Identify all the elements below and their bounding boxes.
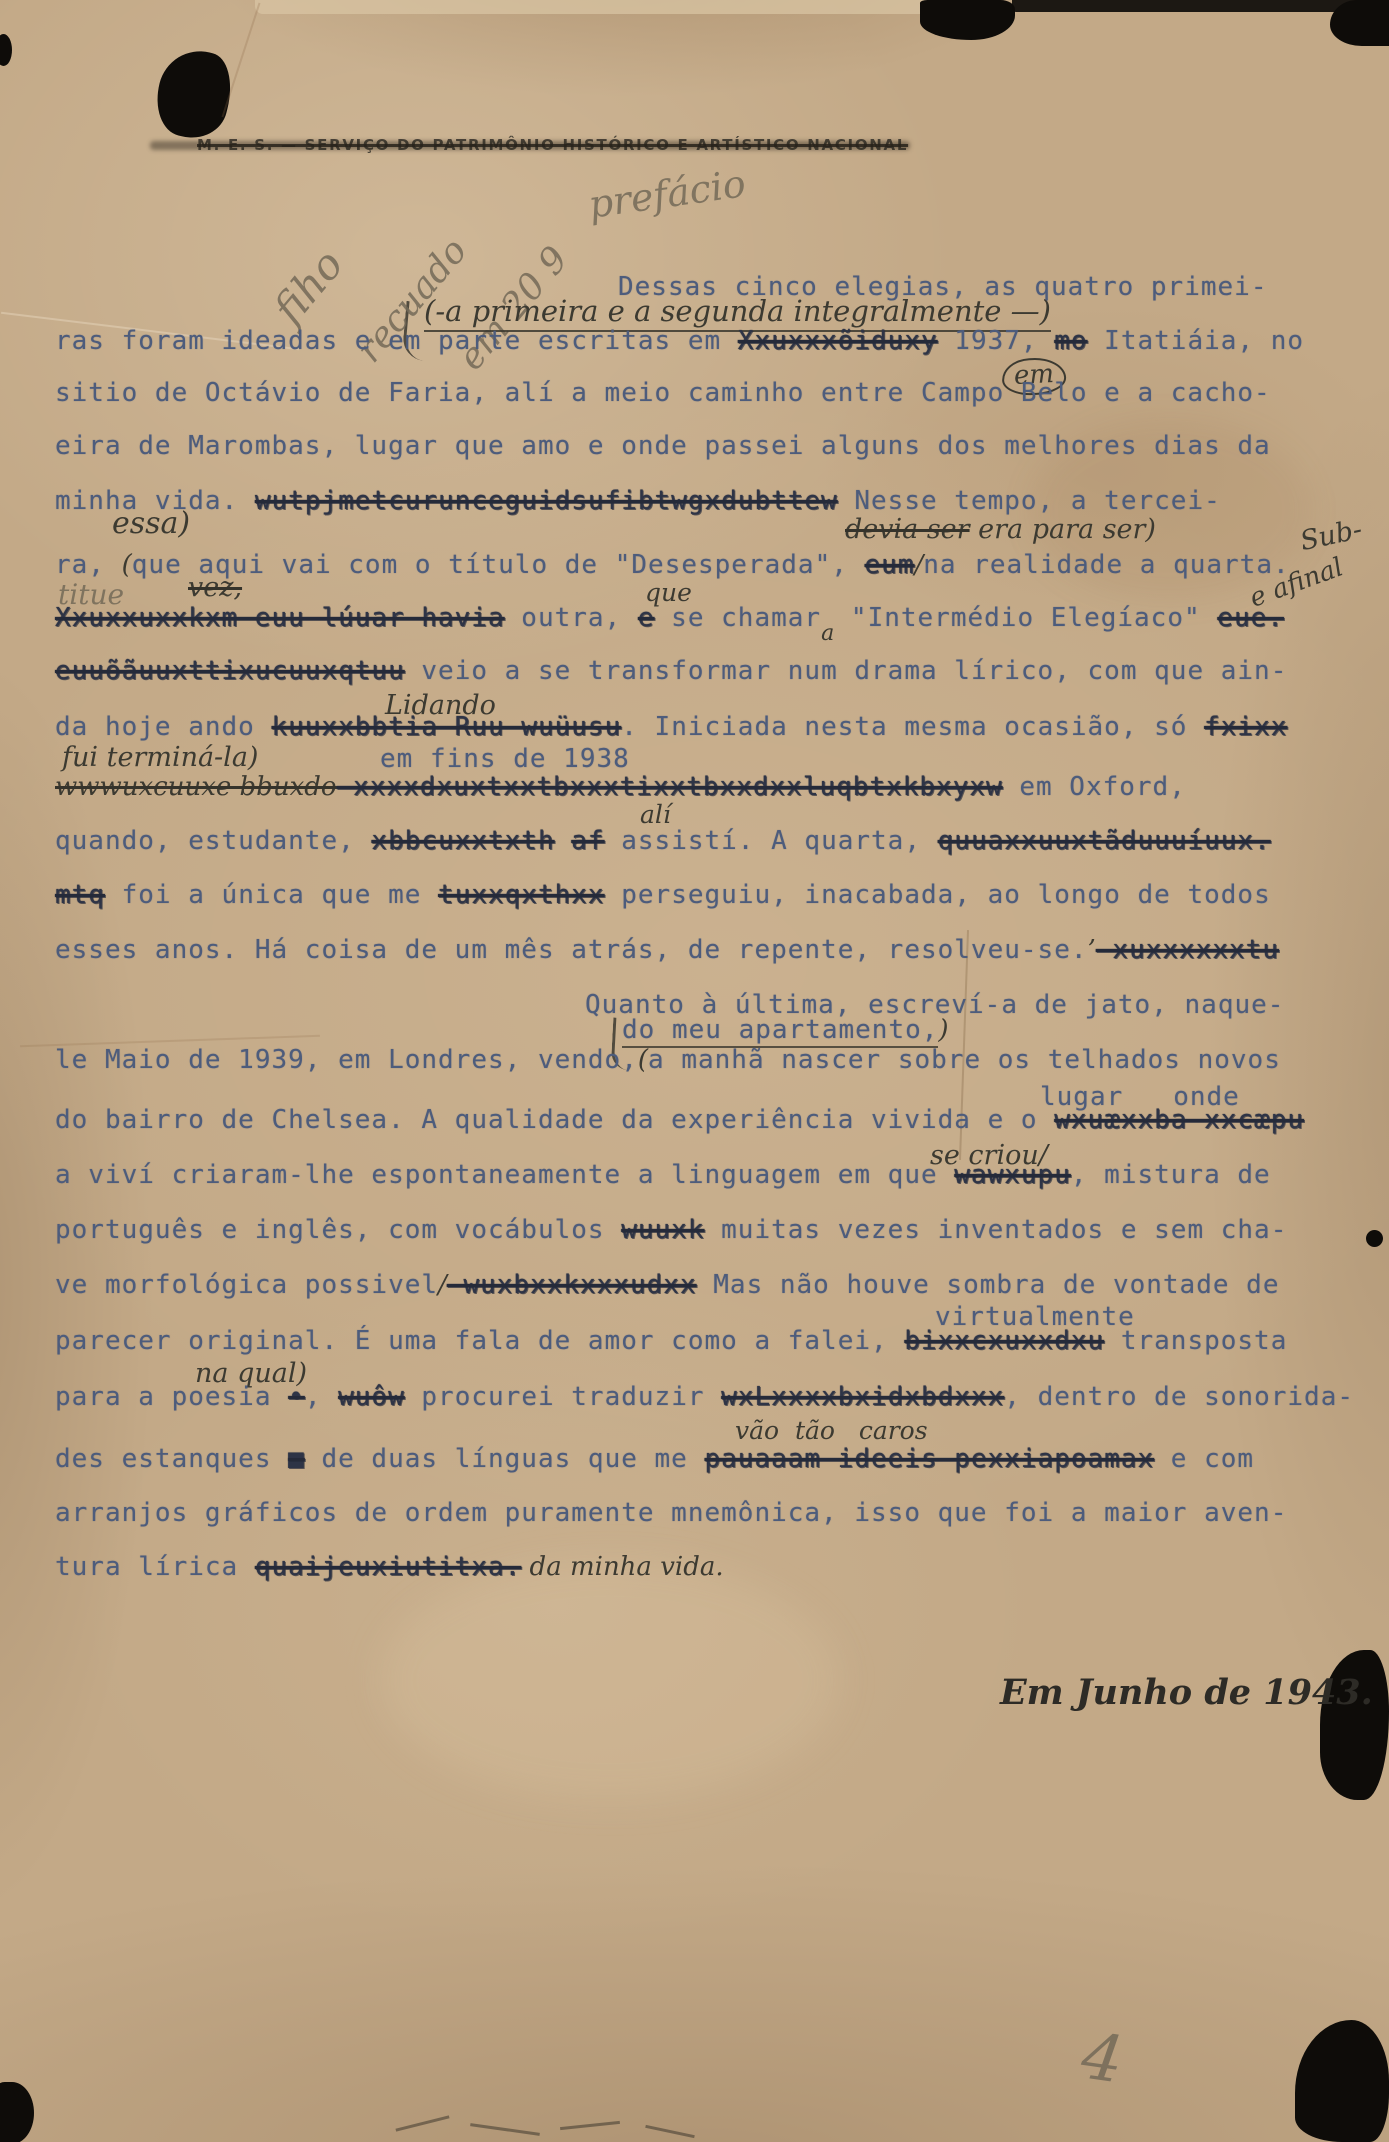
document-line: le Maio de 1939, em Londres, vendo,(a ma…: [55, 1045, 1281, 1075]
typed-text: 1937,: [938, 326, 1055, 356]
handwritten-correction: /: [438, 1270, 447, 1300]
torn-edge: [255, 0, 985, 14]
document-line: tura lírica quaijeuxiutitxa. da minha vi…: [55, 1552, 724, 1582]
typed-text-struck: mtq: [55, 880, 105, 910]
handwritten-correction: ): [938, 1015, 948, 1045]
document-line: minha vida. wutpjmetcurunceguidsufibtwgx…: [55, 486, 1221, 516]
typed-text: da hoje ando: [55, 712, 272, 742]
typed-text-struck: eum: [865, 550, 915, 580]
document-line: vão tão caros: [735, 1416, 928, 1445]
ink-blot: [1012, 0, 1389, 12]
typed-text-struck: pauaaam ideeis pexxiapoamax: [705, 1444, 1155, 1474]
typed-text-struck: euuõãuuxttixucuuxqtuu: [55, 656, 405, 686]
typed-text: Itatiáia, no: [1088, 326, 1305, 356]
typed-text: esses anos. Há coisa de um mês atrás, de…: [55, 935, 1088, 965]
typed-text-struck: wuxbxxkxxxudxx: [447, 1270, 697, 1300]
typed-text: a viví criaram-lhe espontaneamente a lin…: [55, 1160, 954, 1190]
typed-text: , mistura de: [1071, 1160, 1271, 1190]
typed-text: Mas não houve sombra de vontade de: [697, 1270, 1280, 1300]
typed-text-struck: xbbcuxxtxth: [371, 826, 554, 856]
typed-text: português e inglês, com vocábulos: [55, 1215, 621, 1245]
document-line: vez,: [188, 572, 242, 603]
ink-blot: [920, 0, 1015, 40]
typed-text: sitio de Octávio de Faria, alí a meio ca…: [55, 378, 1271, 408]
document-line: sitio de Octávio de Faria, alí a meio ca…: [55, 378, 1271, 408]
bottom-edge-scribble: [395, 2115, 449, 2131]
document-line: português e inglês, com vocábulos wuuxk …: [55, 1215, 1287, 1245]
typed-text: e com: [1154, 1444, 1254, 1474]
typed-text: Nesse tempo, a tercei-: [838, 486, 1221, 516]
document-line: wwwuxcuuxe bbuxdo xxxxdxuxtxxtbxxxtixxtb…: [55, 772, 1186, 802]
document-line: quando, estudante, xbbcuxxtxth af assist…: [55, 826, 1271, 856]
letterhead-strike-smear: [150, 141, 910, 150]
typed-text: para a poesia: [55, 1382, 288, 1412]
document-line: fui terminá-la): [62, 742, 258, 773]
page-number-pencil: 4: [1077, 2020, 1128, 2099]
typed-text-struck: wawxupu: [954, 1160, 1071, 1190]
typed-text-struck: wxLxxxxbxidxbdxxx: [721, 1382, 1004, 1412]
document-line: euuõãuuxttixucuuxqtuu veio a se transfor…: [55, 656, 1287, 686]
typed-text-struck: eue.: [1217, 603, 1284, 633]
handwriting-struck: wwwuxcuuxe bbuxdo: [55, 772, 337, 802]
handwritten-subscript: a: [821, 620, 834, 646]
typed-text-struck: wuuxk: [621, 1215, 704, 1245]
handwritten-insertion: (-a primeira e a segunda integralmente —…: [424, 294, 1051, 328]
pencil-note: 4: [1077, 2020, 1128, 2099]
document-line: ve morfológica possivel/ wuxbxxkxxxudxx …: [55, 1270, 1279, 1300]
typed-text: parecer original. É uma fala de amor com…: [55, 1326, 904, 1356]
document-line: do meu apartamento,): [622, 1015, 949, 1045]
handwritten-correction: (: [638, 1045, 648, 1075]
typed-text-struck: kuuxxbbtia Ruu wuüusu: [272, 712, 622, 742]
margin-note: Sub-: [1297, 514, 1364, 557]
handwritten-correction: Sub-: [1297, 514, 1364, 557]
pencil-note: prefácio: [586, 161, 749, 227]
ink-blot: [148, 43, 239, 146]
handwriting-struck: vez,: [188, 572, 242, 603]
handwritten-correction: essa): [112, 506, 190, 541]
typed-text: tura lírica: [55, 1552, 255, 1582]
typed-text-struck: quaijeuxiutitxa.: [255, 1552, 521, 1582]
document-line: alí: [640, 800, 671, 829]
document-line: essa): [112, 506, 190, 541]
typed-text-struck: •: [288, 1382, 305, 1412]
typed-text-struck: wutpjmetcurunceguidsufibtwgxdubttew: [255, 486, 838, 516]
document-line: que: [645, 578, 692, 607]
handwritten-correction: vão tão caros: [735, 1416, 928, 1445]
typed-insertion-underlined: do meu apartamento,: [622, 1015, 938, 1048]
typed-text: arranjos gráficos de ordem puramente mne…: [55, 1498, 1287, 1528]
typed-text: perseguiu, inacabada, ao longo de todos: [605, 880, 1271, 910]
pencil-note: fiho: [264, 240, 353, 333]
typed-text-struck: quuaxxuuxtãduuuíuux.: [938, 826, 1271, 856]
typed-text: ve morfológica possivel: [55, 1270, 438, 1300]
document-line: devia ser era para ser): [845, 514, 1156, 545]
typed-text: le Maio de 1939, em Londres, vendo,: [55, 1045, 638, 1075]
document-line: eira de Marombas, lugar que amo e onde p…: [55, 431, 1271, 461]
typed-text-struck: xuxxxxxxtu: [1096, 935, 1279, 965]
document-line: da hoje ando kuuxxbbtia Ruu wuüusu. Inic…: [55, 712, 1287, 742]
typed-text: procurei traduzir: [405, 1382, 721, 1412]
document-line: arranjos gráficos de ordem puramente mne…: [55, 1498, 1287, 1528]
handwritten-correction: /: [915, 550, 924, 580]
typed-text-struck: xxxxdxuxtxxtbxxxtixxtbxxdxxluqbtxkbxyxw: [337, 772, 1003, 802]
typed-text: quando, estudante,: [55, 826, 371, 856]
ink-blot: [1330, 0, 1389, 46]
handwritten-correction: ’: [1088, 935, 1096, 965]
typed-text: a manhã nascer sobre os telhados novos: [648, 1045, 1281, 1075]
typed-text-struck: mo: [1054, 326, 1087, 356]
document-line: para a poesia •, wuôw procurei traduzir …: [55, 1382, 1354, 1412]
document-line: a viví criaram-lhe espontaneamente a lin…: [55, 1160, 1271, 1190]
typed-text: assistí. A quarta,: [605, 826, 938, 856]
handwritten-correction: que: [645, 578, 692, 607]
pencil-note-prefacio: prefácio: [586, 161, 749, 227]
typed-text-struck: ■: [288, 1444, 305, 1474]
handwriting-struck: devia ser: [845, 514, 970, 545]
bottom-edge-scribble: [645, 2125, 695, 2138]
typed-text: , dentro de sonorida-: [1004, 1382, 1354, 1412]
typed-text: ras foram ideadas e em parte escritas em: [55, 326, 738, 356]
typed-text: muitas vezes inventados e sem cha-: [705, 1215, 1288, 1245]
document-line: esses anos. Há coisa de um mês atrás, de…: [55, 935, 1279, 965]
document-line: Xxuxxuxxkxm euu lúuar havia outra, e se …: [55, 603, 1284, 633]
handwritten-correction: (: [122, 550, 132, 580]
typed-text: outra,: [505, 603, 638, 633]
signature-date: Em Junho de 1943.: [1000, 1672, 1373, 1713]
document-line: em fins de 1938: [380, 744, 630, 774]
typed-text-struck: e: [638, 603, 655, 633]
typed-text-struck: bixxcxuxxdxu: [904, 1326, 1104, 1356]
typed-text-struck: tuxxqxthxx: [438, 880, 605, 910]
typed-text: ra,: [55, 550, 122, 580]
typed-text: "Intermédio Elegíaco": [834, 603, 1217, 633]
ink-blot: [0, 2082, 34, 2142]
ink-blot: [0, 34, 12, 66]
ink-blot: [1366, 1230, 1383, 1247]
typed-text-struck: Xxuxxxõiduxy: [738, 326, 938, 356]
typed-text: de duas línguas que me: [305, 1444, 705, 1474]
typed-text: se chamar: [655, 603, 822, 633]
typed-text-struck: af: [571, 826, 604, 856]
bottom-edge-scribble: [560, 2121, 620, 2130]
typed-text: . Iniciada nesta mesma ocasião, só: [621, 712, 1204, 742]
ink-blot: [1295, 2020, 1389, 2142]
handwritten-correction: da minha vida.: [521, 1552, 723, 1582]
typed-text: em Oxford,: [1003, 772, 1186, 802]
signature-date: Em Junho de 1943.: [1000, 1672, 1373, 1713]
document-line: do bairro de Chelsea. A qualidade da exp…: [55, 1105, 1304, 1135]
typed-text-struck: Xxuxxuxxkxm euu lúuar havia: [55, 603, 505, 633]
typed-text: do bairro de Chelsea. A qualidade da exp…: [55, 1105, 1054, 1135]
typed-text: em fins de 1938: [380, 744, 630, 774]
typed-text: transposta: [1104, 1326, 1287, 1356]
typed-text-struck: wuôw: [338, 1382, 405, 1412]
pencil-note-diagonal: fiho: [264, 240, 353, 333]
typed-text: eira de Marombas, lugar que amo e onde p…: [55, 431, 1271, 461]
typed-text: veio a se transformar num drama lírico, …: [405, 656, 1288, 686]
typed-text-struck: fxixx: [1204, 712, 1287, 742]
handwritten-correction: fui terminá-la): [62, 742, 258, 773]
document-line: ras foram ideadas e em parte escritas em…: [55, 326, 1304, 356]
scanned-document-page: M. E. S. — SERVIÇO DO PATRIMÔNIO HISTÓRI…: [0, 0, 1389, 2142]
paper-stain: [380, 1560, 840, 1800]
document-line: mtq foi a única que me tuxxqxthxx perseg…: [55, 880, 1271, 910]
typed-text-struck: wxuæxxba xxcæpu: [1054, 1105, 1304, 1135]
handwritten-correction: alí: [640, 800, 671, 829]
typed-text: ,: [305, 1382, 338, 1412]
typed-text: na realidade a quarta.: [923, 550, 1289, 580]
bottom-edge-scribble: [470, 2123, 540, 2136]
document-line: parecer original. É uma fala de amor com…: [55, 1326, 1287, 1356]
handwritten-correction: era para ser): [970, 514, 1156, 545]
typed-text: [555, 826, 572, 856]
typed-text: foi a única que me: [105, 880, 438, 910]
typed-text: des estanques: [55, 1444, 288, 1474]
document-line: des estanques ■ de duas línguas que me p…: [55, 1444, 1254, 1474]
